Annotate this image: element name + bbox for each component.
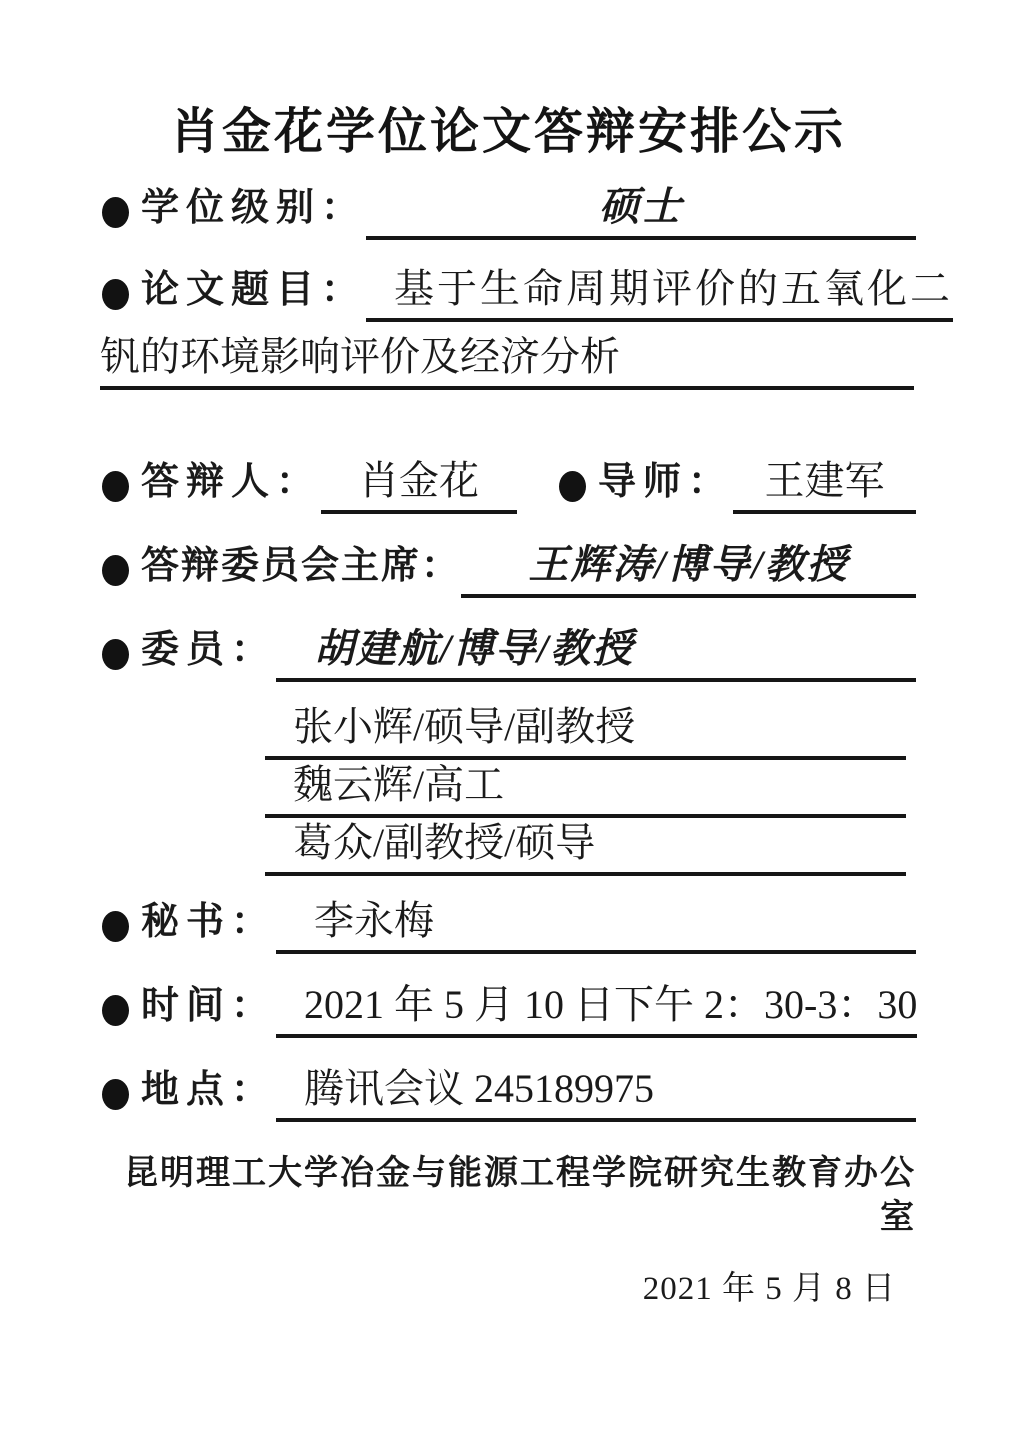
defender-supervisor-row: 答辩人： 肖金花 导师： 王建军 xyxy=(100,456,916,514)
supervisor-label: 导师： xyxy=(598,458,733,513)
bullet-icon xyxy=(102,555,129,586)
thesis-row-line2: 钒的环境影响评价及经济分析 xyxy=(100,332,916,390)
chair-label: 答辩委员会主席： xyxy=(141,542,461,597)
bullet-icon xyxy=(559,471,586,502)
defender-value: 肖金花 xyxy=(321,456,517,514)
venue-row: 地点： 腾讯会议 245189975 xyxy=(100,1064,916,1122)
time-row: 时间： 2021 年 5 月 10 日下午 2：30-3：30 xyxy=(100,980,916,1038)
committee-member-row: 葛众/副教授/硕导 xyxy=(100,818,916,876)
time-value: 2021 年 5 月 10 日下午 2：30-3：30 xyxy=(276,980,917,1038)
announcement-document: 肖金花学位论文答辩安排公示 学位级别： 硕士 论文题目： 基于生命周期评价的五氧… xyxy=(0,0,1024,1448)
page-title: 肖金花学位论文答辩安排公示 xyxy=(100,100,916,164)
committee-row: 委员： 胡建航/博导/教授 xyxy=(100,624,916,682)
venue-value: 腾讯会议 245189975 xyxy=(276,1064,916,1122)
thesis-row: 论文题目： 基于生命周期评价的五氧化二 xyxy=(100,264,916,322)
bullet-icon xyxy=(102,911,129,942)
committee-member-1: 张小辉/硕导/副教授 xyxy=(265,702,906,760)
committee-member-2: 魏云辉/高工 xyxy=(265,760,906,818)
degree-row: 学位级别： 硕士 xyxy=(100,182,916,240)
thesis-value-line2: 钒的环境影响评价及经济分析 xyxy=(100,332,914,390)
committee-member-0: 胡建航/博导/教授 xyxy=(276,624,916,682)
degree-label: 学位级别： xyxy=(141,184,366,239)
defender-label: 答辩人： xyxy=(141,458,321,513)
supervisor-value: 王建军 xyxy=(733,456,916,514)
degree-value: 硕士 xyxy=(366,182,916,240)
secretary-label: 秘书： xyxy=(141,898,276,953)
footer-date: 2021 年 5 月 8 日 xyxy=(100,1268,916,1311)
committee-member-row: 魏云辉/高工 xyxy=(100,760,916,818)
time-label: 时间： xyxy=(141,982,276,1037)
chair-row: 答辩委员会主席： 王辉涛/博导/教授 xyxy=(100,540,916,598)
bullet-icon xyxy=(102,279,129,310)
committee-member-row: 张小辉/硕导/副教授 xyxy=(100,702,916,760)
thesis-label: 论文题目： xyxy=(141,266,366,321)
bullet-icon xyxy=(102,471,129,502)
thesis-value-line1: 基于生命周期评价的五氧化二 xyxy=(366,264,953,322)
bullet-icon xyxy=(102,995,129,1026)
bullet-icon xyxy=(102,197,129,228)
bullet-icon xyxy=(102,1079,129,1110)
section-gap xyxy=(100,390,916,456)
committee-member-3: 葛众/副教授/硕导 xyxy=(265,818,906,876)
venue-label: 地点： xyxy=(141,1066,276,1121)
footer-organization: 昆明理工大学冶金与能源工程学院研究生教育办公室 xyxy=(100,1152,916,1240)
secretary-value: 李永梅 xyxy=(276,896,916,954)
bullet-icon xyxy=(102,639,129,670)
chair-value: 王辉涛/博导/教授 xyxy=(461,540,916,598)
committee-label: 委员： xyxy=(141,626,276,681)
secretary-row: 秘书： 李永梅 xyxy=(100,896,916,954)
